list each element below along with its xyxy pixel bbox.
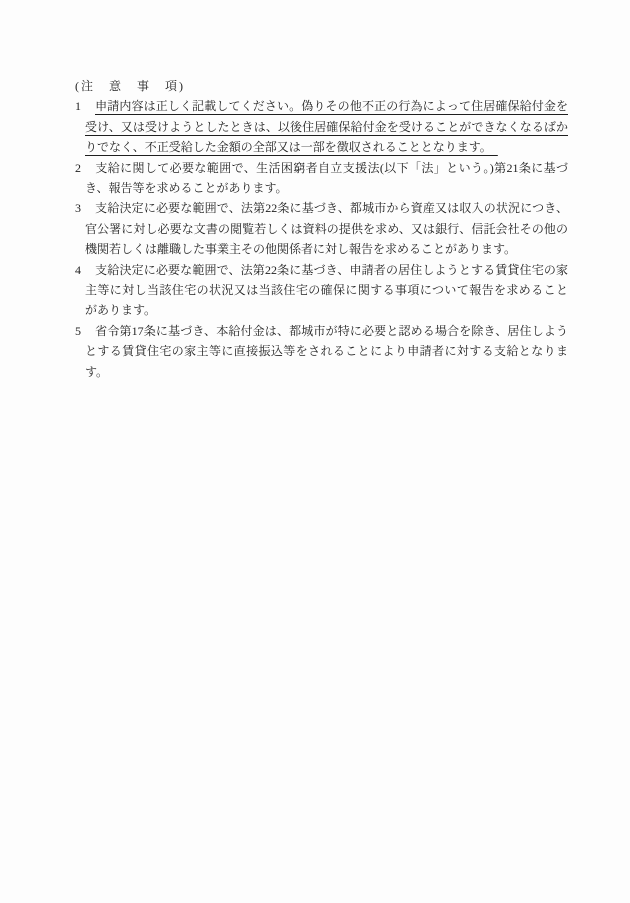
note-item-line: 機関若しくは離職した事業主その他関係者に対し報告を求めることがあります。 (85, 239, 568, 259)
note-item-number: 3 (75, 198, 95, 218)
note-item-text: き、報告等を求めることがあります。 (85, 181, 288, 195)
note-item-line: き、報告等を求めることがあります。 (85, 178, 568, 198)
notes-heading: (注 意 事 項) (75, 76, 568, 96)
note-item-text: す。 (85, 365, 108, 379)
note-item-text: 主等に対し当該住宅の状況又は当該住宅の確保に関する事項について報告を求めること (85, 283, 568, 297)
note-item-text: 支給に関して必要な範囲で、生活困窮者自立支援法(以下「法」という。)第21条に基… (95, 161, 568, 175)
note-item: 4支給決定に必要な範囲で、法第22条に基づき、申請者の居住しようとする賃貸住宅の… (75, 260, 568, 321)
note-item-number: 1 (75, 96, 95, 116)
note-item-line: 主等に対し当該住宅の状況又は当該住宅の確保に関する事項について報告を求めること (85, 280, 568, 300)
note-item-text: 官公署に対し必要な文書の閲覧若しくは資料の提供を求め、又は銀行、信託会社その他の (85, 222, 568, 236)
note-item-line: 受け、又は受けようとしたときは、以後住居確保給付金を受けることができなくなるばか (85, 117, 568, 137)
note-item-text: 支給決定に必要な範囲で、法第22条に基づき、申請者の居住しようとする賃貸住宅の家 (95, 263, 568, 277)
note-item-line: 3支給決定に必要な範囲で、法第22条に基づき、都城市から資産又は収入の状況につき… (85, 198, 568, 218)
note-item: 2支給に関して必要な範囲で、生活困窮者自立支援法(以下「法」という。)第21条に… (75, 158, 568, 199)
note-item-line: す。 (85, 362, 568, 382)
note-item-text: 省令第17条に基づき、本給付金は、都城市が特に必要と認める場合を除き、居住しよう (95, 324, 568, 338)
note-item-line: 2支給に関して必要な範囲で、生活困窮者自立支援法(以下「法」という。)第21条に… (85, 158, 568, 178)
note-item: 3支給決定に必要な範囲で、法第22条に基づき、都城市から資産又は収入の状況につき… (75, 198, 568, 259)
note-item-text: 受け、又は受けようとしたときは、以後住居確保給付金を受けることができなくなるばか (85, 120, 568, 134)
note-item: 5省令第17条に基づき、本給付金は、都城市が特に必要と認める場合を除き、居住しよ… (75, 321, 568, 382)
note-item-text: とする賃貸住宅の家主等に直接振込等をされることにより申請者に対する支給となりま (85, 344, 568, 358)
notes-list: 1申請内容は正しく記載してください。偽りその他不正の行為によって住居確保給付金を… (75, 96, 568, 382)
note-item-text: があります。 (85, 303, 156, 317)
document-page: { "page": { "background": "#fdfdfd", "te… (0, 0, 630, 903)
note-item: 1申請内容は正しく記載してください。偽りその他不正の行為によって住居確保給付金を… (75, 96, 568, 157)
notes-section: (注 意 事 項) 1申請内容は正しく記載してください。偽りその他不正の行為によ… (75, 76, 568, 382)
note-item-number: 4 (75, 260, 95, 280)
note-item-text: 支給決定に必要な範囲で、法第22条に基づき、都城市から資産又は収入の状況につき、 (95, 201, 568, 215)
note-item-line: 4支給決定に必要な範囲で、法第22条に基づき、申請者の居住しようとする賃貸住宅の… (85, 260, 568, 280)
note-item-number: 5 (75, 321, 95, 341)
note-item-text: 申請内容は正しく記載してください。偽りその他不正の行為によって住居確保給付金を (95, 99, 568, 113)
note-item-line: 5省令第17条に基づき、本給付金は、都城市が特に必要と認める場合を除き、居住しよ… (85, 321, 568, 341)
note-item-line: があります。 (85, 300, 568, 320)
note-item-line: 1申請内容は正しく記載してください。偽りその他不正の行為によって住居確保給付金を (85, 96, 568, 116)
note-item-text: 機関若しくは離職した事業主その他関係者に対し報告を求めることがあります。 (85, 242, 516, 256)
note-item-line: 官公署に対し必要な文書の閲覧若しくは資料の提供を求め、又は銀行、信託会社その他の (85, 219, 568, 239)
note-item-number: 2 (75, 158, 95, 178)
note-item-line: りでなく、不正受給した金額の全部又は一部を徴収されることとなります。 (85, 137, 568, 157)
note-item-line: とする賃貸住宅の家主等に直接振込等をされることにより申請者に対する支給となりま (85, 341, 568, 361)
note-item-text: りでなく、不正受給した金額の全部又は一部を徴収されることとなります。 (85, 140, 498, 154)
